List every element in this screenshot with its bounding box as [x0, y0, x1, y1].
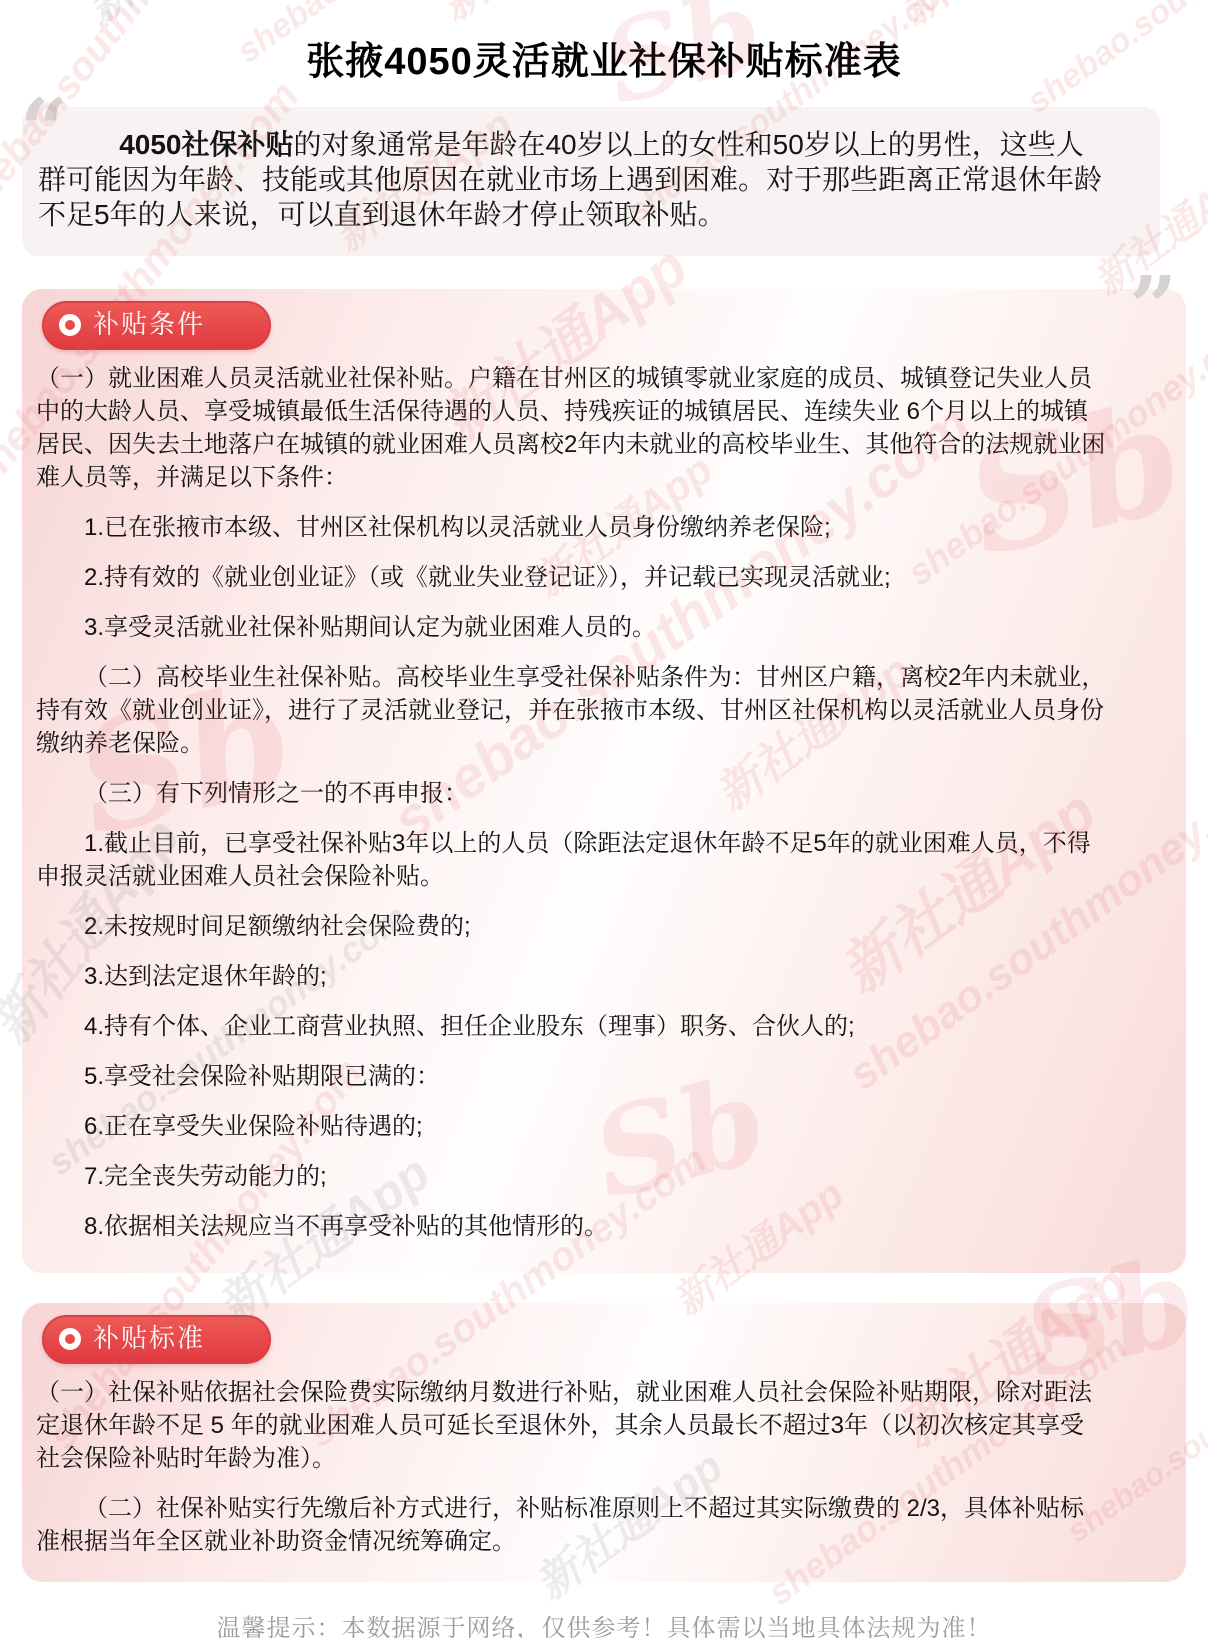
- paragraph: （一）社保补贴依据社会保险费实际缴纳月数进行补贴，就业困难人员社会保险补贴期限，…: [36, 1376, 1106, 1475]
- intro-bold-text: 4050社保补贴: [119, 129, 293, 160]
- footer-note: 温馨提示：本数据源于网络，仅供参考！具体需以当地具体法规为准！: [0, 1608, 1208, 1638]
- paragraph: 4.持有个体、企业工商营业执照、担任企业股东（理事）职务、合伙人的;: [36, 1010, 1106, 1043]
- paragraph: 2.持有效的《就业创业证》（或《就业失业登记证》），并记载已实现灵活就业;: [36, 561, 1106, 594]
- circle-ring-icon: [59, 1328, 81, 1350]
- paragraph: 1.截止目前，已享受社保补贴3年以上的人员（除距法定退休年龄不足5年的就业困难人…: [36, 827, 1106, 893]
- badge-label: 补贴标准: [93, 1322, 205, 1355]
- open-quote-icon: “: [20, 105, 68, 155]
- intro-quote-box: “ 4050社保补贴的对象通常是年龄在40岁以上的女性和50岁以上的男性，这些人…: [22, 107, 1160, 256]
- section-box-0: 补贴条件（一）就业困难人员灵活就业社保补贴。户籍在甘州区的城镇零就业家庭的成员、…: [22, 289, 1186, 1273]
- paragraph: 2.未按规时间足额缴纳社会保险费的;: [36, 910, 1106, 943]
- paragraph: （一）就业困难人员灵活就业社保补贴。户籍在甘州区的城镇零就业家庭的成员、城镇登记…: [36, 362, 1106, 494]
- close-quote-icon: “: [1128, 240, 1176, 290]
- paragraph: 1.已在张掖市本级、甘州区社保机构以灵活就业人员身份缴纳养老保险;: [36, 511, 1106, 544]
- paragraph: 3.享受灵活就业社保补贴期间认定为就业困难人员的。: [36, 611, 1106, 644]
- intro-paragraph: 4050社保补贴的对象通常是年龄在40岁以上的女性和50岁以上的男性，这些人群可…: [38, 127, 1108, 232]
- page: 新社通Appshebao.southmoney.com新社通AppSb新社通Ap…: [0, 0, 1208, 1638]
- section-badge: 补贴标准: [42, 1315, 271, 1364]
- section-badge: 补贴条件: [42, 301, 271, 350]
- intro-box: 4050社保补贴的对象通常是年龄在40岁以上的女性和50岁以上的男性，这些人群可…: [22, 107, 1160, 256]
- page-title: 张掖4050灵活就业社保补贴标准表: [0, 0, 1208, 85]
- paragraph: 5.享受社会保险补贴期限已满的：: [36, 1060, 1106, 1093]
- paragraph: 8.依据相关法规应当不再享受补贴的其他情形的。: [36, 1210, 1106, 1243]
- paragraph: （三）有下列情形之一的不再申报：: [36, 777, 1106, 810]
- section-box-1: 补贴标准（一）社保补贴依据社会保险费实际缴纳月数进行补贴，就业困难人员社会保险补…: [22, 1303, 1186, 1582]
- sections-root: 补贴条件（一）就业困难人员灵活就业社保补贴。户籍在甘州区的城镇零就业家庭的成员、…: [0, 289, 1208, 1582]
- paragraph: 3.达到法定退休年龄的;: [36, 960, 1106, 993]
- circle-ring-icon: [59, 314, 81, 336]
- paragraph: （二）高校毕业生社保补贴。高校毕业生享受社保补贴条件为：甘州区户籍，离校2年内未…: [36, 661, 1106, 760]
- paragraph: （二）社保补贴实行先缴后补方式进行，补贴标准原则上不超过其实际缴费的 2/3，具…: [36, 1492, 1106, 1558]
- badge-label: 补贴条件: [93, 308, 205, 341]
- paragraph: 7.完全丧失劳动能力的;: [36, 1160, 1106, 1193]
- paragraph: 6.正在享受失业保险补贴待遇的;: [36, 1110, 1106, 1143]
